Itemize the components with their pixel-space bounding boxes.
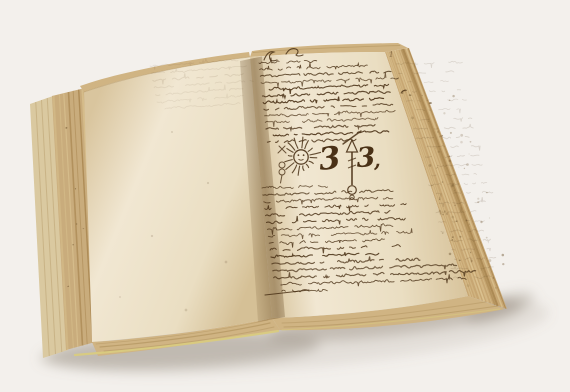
manuscript-photo: 3 3 , 1 — [0, 0, 570, 392]
fox-speck — [449, 160, 451, 162]
edge-speck — [422, 95, 423, 96]
comma-flourish: , — [372, 148, 381, 172]
fox-speck — [480, 221, 482, 223]
page-speck — [225, 261, 228, 264]
fox-speck — [489, 217, 490, 218]
fox-speck — [449, 99, 451, 101]
edge-speck — [455, 205, 456, 206]
fox-speck — [486, 237, 488, 239]
fox-speck — [481, 269, 482, 270]
fox-speck — [459, 236, 461, 238]
page-speck — [151, 235, 153, 237]
fox-speck — [465, 220, 467, 222]
fox-speck — [471, 260, 473, 262]
fox-speck — [449, 253, 452, 256]
page-speck — [119, 296, 121, 298]
fox-speck — [440, 212, 442, 214]
fox-speck — [443, 112, 445, 114]
fox-speck — [444, 210, 446, 212]
numeral-3-first: 3 — [317, 140, 342, 178]
fox-speck — [502, 263, 504, 265]
fox-speck — [451, 216, 454, 219]
edge-speck — [441, 136, 443, 137]
page-speck — [437, 131, 439, 133]
page-speck — [171, 131, 173, 133]
page-speck — [207, 182, 209, 184]
fox-speck — [450, 132, 452, 134]
fox-speck — [469, 224, 470, 225]
fox-speck — [429, 164, 432, 167]
fox-speck — [439, 210, 442, 213]
fox-speck — [464, 168, 465, 169]
fox-speck — [488, 259, 491, 262]
fox-speck — [449, 156, 450, 157]
fox-speck — [470, 141, 472, 143]
fox-speck — [460, 141, 463, 144]
fox-speck — [495, 287, 497, 289]
edge-speck — [442, 182, 443, 183]
page-speck — [317, 85, 319, 87]
fox-speck — [431, 185, 432, 186]
sun-eye — [303, 154, 305, 156]
fox-speck — [435, 147, 436, 148]
fox-speck — [454, 190, 455, 191]
fox-speck — [439, 197, 441, 199]
fox-speck — [477, 198, 479, 200]
fox-speck — [452, 184, 455, 187]
fox-speck — [442, 233, 444, 235]
fox-speck — [469, 153, 470, 154]
photo-stage: 3 3 , 1 — [0, 0, 570, 392]
edge-speck — [493, 278, 494, 279]
fox-speck — [438, 151, 440, 153]
sun-eye — [298, 154, 300, 156]
fox-speck — [458, 167, 459, 168]
fox-speck — [442, 214, 444, 216]
page-number: 1 — [389, 50, 394, 59]
fox-speck — [466, 163, 469, 166]
fox-speck — [477, 201, 479, 203]
edge-speck — [75, 189, 76, 190]
fox-speck — [467, 284, 470, 287]
fox-speck — [452, 95, 454, 97]
fox-speck — [460, 134, 463, 137]
fox-speck — [428, 121, 429, 122]
fox-speck — [411, 117, 414, 120]
page-speck — [185, 309, 188, 312]
fox-speck — [486, 192, 487, 193]
fox-speck — [502, 254, 505, 257]
fox-speck — [446, 213, 448, 215]
